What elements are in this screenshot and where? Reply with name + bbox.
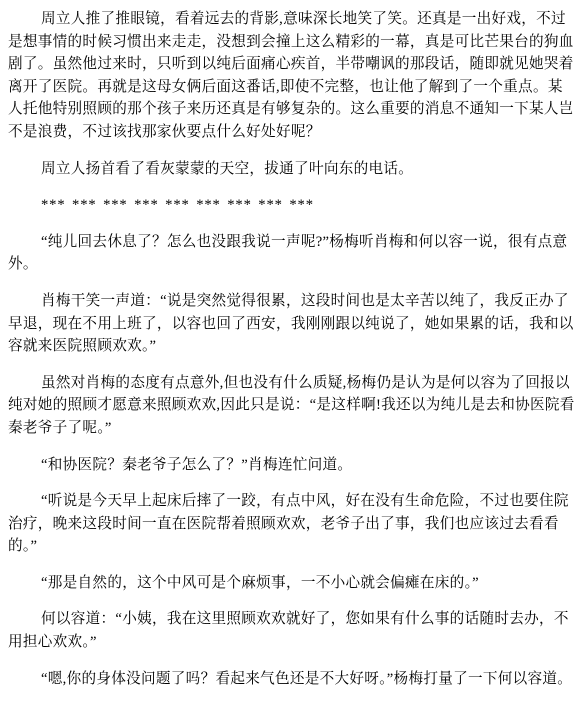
paragraph: 肖梅干笑一声道：“说是突然觉得很累，这段时间也是太辛苦以纯了，我反正办了早退，现… (8, 290, 577, 358)
paragraph: “纯儿回去休息了？怎么也没跟我说一声呢?”杨梅听肖梅和何以容一说，很有点意外。 (8, 231, 577, 276)
paragraph: 何以容道：“小姨，我在这里照顾欢欢就好了，您如果有什么事的话随时去办，不用担心欢… (8, 608, 577, 653)
novel-text-page: 周立人推了推眼镜，看着远去的背影,意味深长地笑了笑。还真是一出好戏，不过是想事情… (8, 8, 577, 690)
paragraph: “那是自然的，这个中风可是个麻烦事，一不小心就会偏瘫在床的。” (8, 572, 577, 595)
section-separator: *** *** *** *** *** *** *** *** *** (8, 194, 577, 217)
paragraph: “和协医院？秦老爷子怎么了？”肖梅连忙问道。 (8, 454, 577, 477)
paragraph: 虽然对肖梅的态度有点意外,但也没有什么质疑,杨梅仍是认为是何以容为了回报以纯对她… (8, 372, 577, 440)
paragraph: “嗯,你的身体没问题了吗？看起来气色还是不大好呀。”杨梅打量了一下何以容道。 (8, 668, 577, 691)
paragraph: 周立人推了推眼镜，看着远去的背影,意味深长地笑了笑。还真是一出好戏，不过是想事情… (8, 8, 577, 144)
paragraph: 周立人扬首看了看灰蒙蒙的天空，拔通了叶向东的电话。 (8, 158, 577, 181)
paragraph: “听说是今天早上起床后摔了一跤，有点中风，好在没有生命危险，不过也要住院治疗，晚… (8, 490, 577, 558)
